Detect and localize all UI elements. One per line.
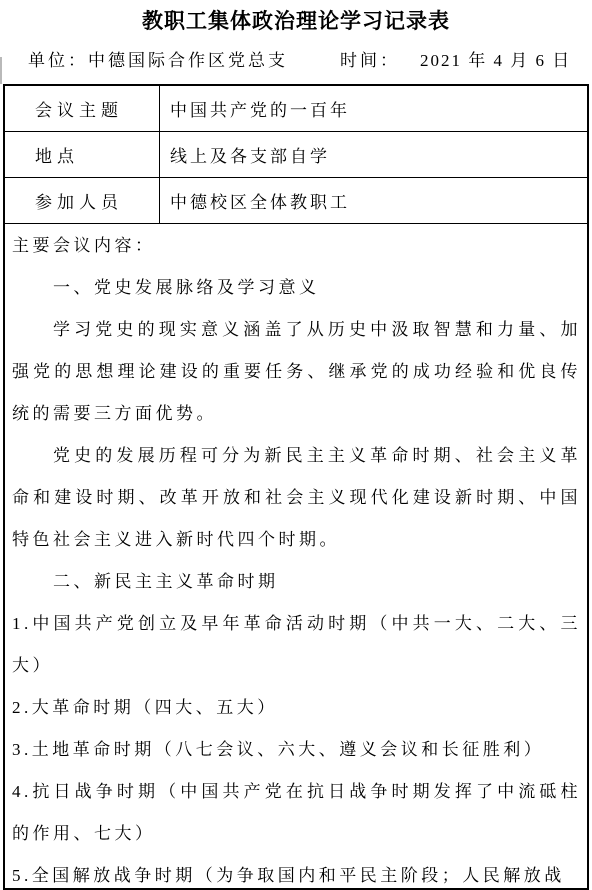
row-label-topic: 会议主题	[5, 86, 160, 131]
row-label-participants: 参加人员	[5, 178, 160, 223]
row-value-topic: 中国共产党的一百年	[160, 86, 587, 131]
paragraph: 2.大革命时期（四大、五大）	[12, 687, 581, 729]
paragraph: 3.土地革命时期（八七会议、六大、遵义会议和长征胜利）	[12, 729, 581, 771]
unit-label: 单位：	[28, 51, 88, 70]
meta-line: 单位：中德国际合作区党总支时间：2021 年 4 月 6 日	[28, 49, 592, 73]
scan-edge-artifact	[0, 57, 2, 84]
paragraph: 二、新民主主义革命时期	[12, 561, 581, 603]
paragraph: 4.抗日战争时期（中国共产党在抗日战争时期发挥了中流砥柱的作用、七大）	[12, 771, 581, 855]
paragraph: 5.全国解放战争时期（为争取国内和平民主阶段；人民解放战	[12, 855, 581, 888]
record-table: 会议主题 中国共产党的一百年 地点 线上及各支部自学 参加人员 中德校区全体教职…	[3, 84, 589, 890]
document-title: 教职工集体政治理论学习记录表	[0, 0, 592, 34]
row-label-location: 地点	[5, 132, 160, 177]
content-heading: 主要会议内容：	[12, 225, 581, 267]
document-page: 教职工集体政治理论学习记录表 单位：中德国际合作区党总支时间：2021 年 4 …	[0, 0, 592, 890]
unit-value: 中德国际合作区党总支	[88, 51, 288, 70]
meeting-content-cell: 主要会议内容： 一、党史发展脉络及学习意义 学习党史的现实意义涵盖了从历史中汲取…	[5, 223, 587, 888]
paragraph: 一、党史发展脉络及学习意义	[12, 267, 581, 309]
table-row-participants: 参加人员 中德校区全体教职工	[5, 178, 587, 224]
paragraph: 1.中国共产党创立及早年革命活动时期（中共一大、二大、三大）	[12, 603, 581, 687]
paragraph: 学习党史的现实意义涵盖了从历史中汲取智慧和力量、加强党的思想理论建设的重要任务、…	[12, 309, 581, 435]
table-row-location: 地点 线上及各支部自学	[5, 132, 587, 178]
paragraph: 党史的发展历程可分为新民主主义革命时期、社会主义革命和建设时期、改革开放和社会主…	[12, 435, 581, 561]
time-label: 时间：	[340, 51, 400, 70]
time-value: 2021 年 4 月 6 日	[420, 51, 571, 70]
row-value-participants: 中德校区全体教职工	[160, 178, 587, 223]
table-row-topic: 会议主题 中国共产党的一百年	[5, 86, 587, 132]
row-value-location: 线上及各支部自学	[160, 132, 587, 177]
